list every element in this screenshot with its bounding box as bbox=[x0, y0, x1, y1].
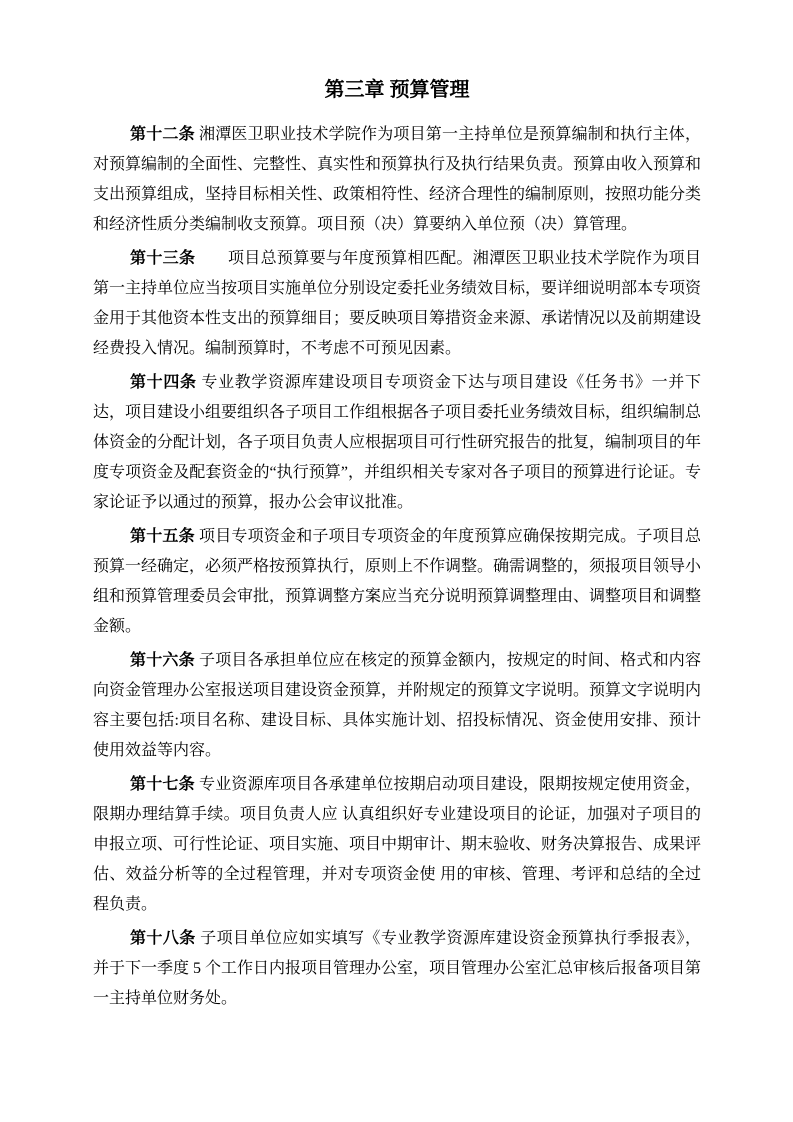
article-14-text: 专业教学资源库建设项目专项资金下达与项目建设《任务书》一并下达，项目建设小组要组… bbox=[93, 374, 701, 511]
article-12-label: 第十二条 bbox=[130, 126, 195, 143]
document-page: 第三章 预算管理 第十二条 湘潭医卫职业技术学院作为项目第一主持单位是预算编制和… bbox=[0, 0, 793, 1122]
article-18-label: 第十八条 bbox=[130, 930, 196, 947]
article-17-text: 专业资源库项目各承建单位按期启动项目建设，限期按规定使用资金，限期办理结算手续。… bbox=[93, 776, 701, 913]
article-17: 第十七条 专业资源库项目各承建单位按期启动项目建设，限期按规定使用资金，限期办理… bbox=[93, 770, 701, 920]
article-18: 第十八条 子项目单位应如实填写《专业教学资源库建设资金预算执行季报表》，并于下一… bbox=[93, 924, 701, 1014]
chapter-title: 第三章 预算管理 bbox=[93, 76, 701, 104]
article-12: 第十二条 湘潭医卫职业技术学院作为项目第一主持单位是预算编制和执行主体，对预算编… bbox=[93, 120, 701, 240]
article-16: 第十六条 子项目各承担单位应在核定的预算金额内，按规定的时间、格式和内容向资金管… bbox=[93, 646, 701, 766]
article-16-label: 第十六条 bbox=[130, 652, 195, 669]
article-13-label: 第十三条 bbox=[130, 250, 195, 267]
article-14: 第十四条 专业教学资源库建设项目专项资金下达与项目建设《任务书》一并下达，项目建… bbox=[93, 368, 701, 518]
article-15-label: 第十五条 bbox=[130, 528, 195, 545]
article-17-label: 第十七条 bbox=[130, 776, 195, 793]
article-13-separator bbox=[195, 250, 228, 267]
article-13: 第十三条 项目总预算要与年度预算相匹配。湘潭医卫职业技术学院作为项目第一主持单位… bbox=[93, 244, 701, 364]
article-14-label: 第十四条 bbox=[130, 374, 197, 391]
article-15: 第十五条 项目专项资金和子项目专项资金的年度预算应确保按期完成。子项目总预算一经… bbox=[93, 522, 701, 642]
